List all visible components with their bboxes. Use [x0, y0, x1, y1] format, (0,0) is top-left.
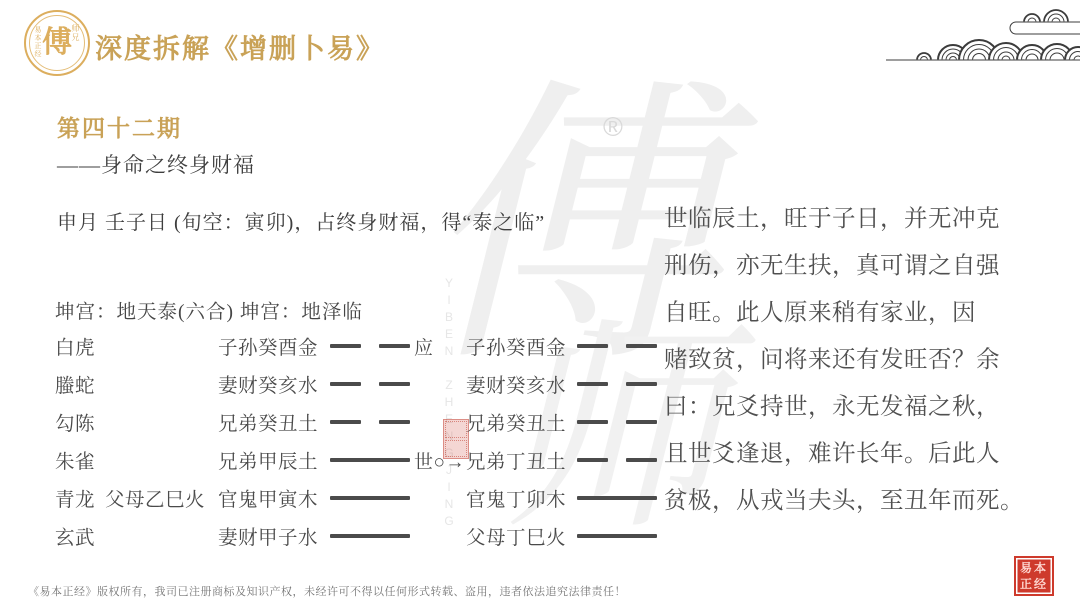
changed-hexagram-broken-line — [577, 420, 657, 424]
changed-hexagram-broken-line — [577, 382, 657, 386]
shi-ying-marker: 应 — [414, 333, 462, 360]
issue-number: 第四十二期 — [57, 110, 182, 143]
six-beast-label: 螣蛇 — [55, 370, 105, 398]
yao-segment — [626, 420, 657, 424]
changed-hexagram-line-label: 兄弟丁丑土 — [462, 446, 577, 474]
changed-hexagram-line-label: 兄弟癸丑土 — [462, 408, 577, 436]
hexagram-row: 朱雀兄弟甲辰土世○→兄弟丁丑土 — [55, 441, 661, 479]
main-hexagram-broken-line — [330, 344, 410, 348]
changed-hexagram-solid-line — [577, 534, 657, 538]
palace-line: 坤宫：地天泰(六合) 坤宫：地泽临 — [55, 296, 363, 324]
registered-trademark-icon: ® — [603, 112, 623, 143]
logo-left-text: 易本正经 — [34, 26, 41, 58]
hexagram-row: 玄武妻财甲子水父母丁巳火 — [55, 517, 661, 555]
yao-segment — [626, 344, 657, 348]
main-hexagram-solid-line — [330, 458, 410, 462]
main-hexagram-broken-line — [330, 382, 410, 386]
hexagram-row: 青龙父母乙巳火官鬼甲寅木官鬼丁卯木 — [55, 479, 661, 517]
main-hexagram-line-label: 妻财甲子水 — [218, 522, 330, 550]
six-beast-label: 玄武 — [55, 522, 105, 550]
six-beast-label: 白虎 — [55, 332, 105, 360]
casting-line: 申月 壬子日 (旬空：寅卯)，占终身财福，得“泰之临” — [57, 206, 545, 235]
yao-segment — [379, 420, 410, 424]
page-title: 深度拆解《增删卜易》 — [95, 27, 385, 66]
yao-segment — [330, 382, 361, 386]
changed-hexagram-solid-line — [577, 496, 657, 500]
changed-hexagram-broken-line — [577, 344, 657, 348]
main-hexagram-line-label: 妻财癸亥水 — [218, 370, 330, 398]
clouds-icon — [880, 0, 1080, 70]
hexagram-table: 白虎子孙癸酉金应子孙癸酉金螣蛇妻财癸亥水妻财癸亥水勾陈兄弟癸丑土兄弟癸丑土朱雀兄… — [55, 327, 661, 555]
brand-logo-inner-ring: 易本正经 傅 师兄 — [29, 15, 85, 71]
yao-segment — [577, 344, 608, 348]
shi-ying-marker: 世○→ — [414, 447, 462, 474]
changed-hexagram-line-label: 子孙癸酉金 — [462, 332, 577, 360]
yao-segment — [330, 420, 361, 424]
brand-logo-icon: 易本正经 傅 师兄 — [24, 10, 90, 76]
yao-segment — [379, 344, 410, 348]
yao-segment — [379, 382, 410, 386]
six-beast-label: 朱雀 — [55, 446, 105, 474]
six-beast-label: 青龙 — [55, 484, 105, 512]
red-stamp-seal: 易本 正经 — [1014, 556, 1054, 596]
hexagram-row: 白虎子孙癸酉金应子孙癸酉金 — [55, 327, 661, 365]
yao-segment — [626, 382, 657, 386]
yao-segment — [330, 496, 410, 500]
changed-hexagram-line-label: 官鬼丁卯木 — [462, 484, 577, 512]
yao-segment — [577, 534, 657, 538]
hexagram-row: 螣蛇妻财癸亥水妻财癸亥水 — [55, 365, 661, 403]
seal-text-row: 正经 — [1020, 578, 1048, 590]
main-hexagram-line-label: 官鬼甲寅木 — [218, 484, 330, 512]
issue-subtitle: ——身命之终身财福 — [57, 149, 255, 179]
yao-segment — [577, 420, 608, 424]
yao-segment — [577, 496, 657, 500]
six-beast-label: 勾陈 — [55, 408, 105, 436]
main-hexagram-solid-line — [330, 534, 410, 538]
commentary-text: 世临辰土，旺于子日，并无冲克 刑伤，亦无生扶，真可谓之自强 自旺。此人原来稍有家… — [664, 196, 1076, 525]
yao-segment — [330, 344, 361, 348]
logo-right-text: 师兄 — [71, 24, 79, 42]
fushen-label: 父母乙巳火 — [105, 484, 218, 512]
seal-text-row: 易本 — [1020, 562, 1048, 574]
main-hexagram-solid-line — [330, 496, 410, 500]
main-hexagram-line-label: 兄弟甲辰土 — [218, 446, 330, 474]
changed-hexagram-line-label: 妻财癸亥水 — [462, 370, 577, 398]
yao-segment — [330, 458, 410, 462]
main-hexagram-broken-line — [330, 420, 410, 424]
main-hexagram-line-label: 子孙癸酉金 — [218, 332, 330, 360]
changed-hexagram-line-label: 父母丁巳火 — [462, 522, 577, 550]
logo-center-character: 傅 — [42, 28, 72, 58]
yao-segment — [626, 458, 657, 462]
changed-hexagram-broken-line — [577, 458, 657, 462]
copyright-notice: 《易本正经》版权所有，我司已注册商标及知识产权，未经许可不得以任何形式转载、盗用… — [28, 583, 626, 599]
hexagram-row: 勾陈兄弟癸丑土兄弟癸丑土 — [55, 403, 661, 441]
main-hexagram-line-label: 兄弟癸丑土 — [218, 408, 330, 436]
yao-segment — [577, 382, 608, 386]
seal-text-grid: 易本 正经 — [1018, 560, 1050, 592]
yao-segment — [330, 534, 410, 538]
yao-segment — [577, 458, 608, 462]
